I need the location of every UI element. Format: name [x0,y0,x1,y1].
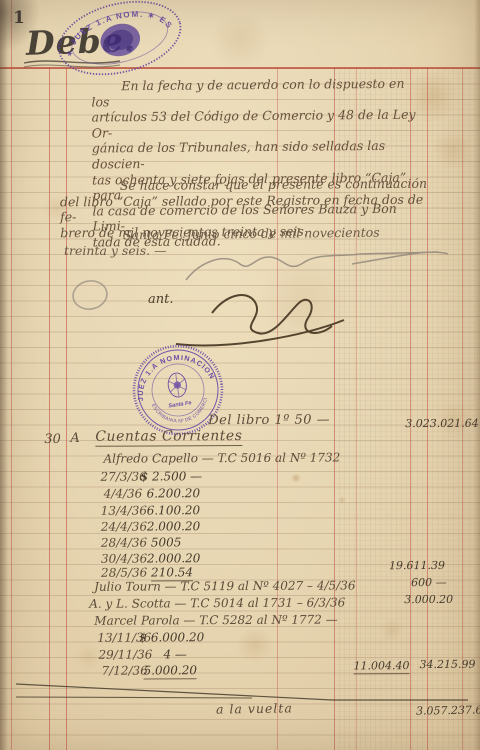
entry-amount: 4 — [163,647,187,661]
entry-amount: 6.200.20 [147,486,201,500]
entry-desc: Alfredo Capello — T.C 5016 al Nº 1732 [103,450,340,465]
account-prefix: A [70,431,79,446]
entry-desc: A. y L. Scotta — T.C 5014 al 1731 – 6/3/… [89,595,345,610]
entry-amount: 6.100.20 [147,503,201,517]
entry-amount: $ 6.000.20 [139,630,204,644]
entry-date: 28/4/36 [101,535,147,549]
entry-amount: 2.000.20 [147,551,201,565]
account-title: Cuentas Corrientes [95,428,242,447]
entry-amount: 5005 [151,535,182,549]
ledger-folio: 30 [44,432,61,447]
entry-subtotal: 19.611.39 [389,559,445,572]
ref-note: Del libro 1º 50 — [208,413,330,429]
entry-date: 4/4/36 [104,487,143,501]
entry-total: 34.215.99 [419,658,475,671]
entry-subtotal: 3.000.20 [404,593,453,606]
ref-amount: 3.023.021.64 [405,417,479,430]
entry-subtotal: 600 — [411,576,447,589]
entry-date: 29/11/36 [98,647,152,661]
carry-total: 3.057.237.63 [416,703,480,717]
entry-date: 24/4/36 [101,519,147,533]
entry-amount: 2.000.20 [147,519,201,533]
carry-label: a la vuelta [216,700,293,716]
entry-date: 30/4/36 [101,551,147,565]
entry-date: 13/4/36 [101,503,147,517]
entry-amount: $ 2.500 — [140,469,202,483]
entry-desc: Marcel Parola — T.C 5282 al Nº 1772 — [94,612,338,627]
entry-desc: Julio Tourn — T.C 5119 al Nº 4027 – 4/5/… [94,578,355,593]
ledger-page: { "page": { "number": "1", "header_title… [0,0,480,750]
entry-date: 28/5/36 [101,565,147,579]
ledger-block: Del libro 1º 50 — 3.023.021.64 30 A Cuen… [0,0,480,750]
